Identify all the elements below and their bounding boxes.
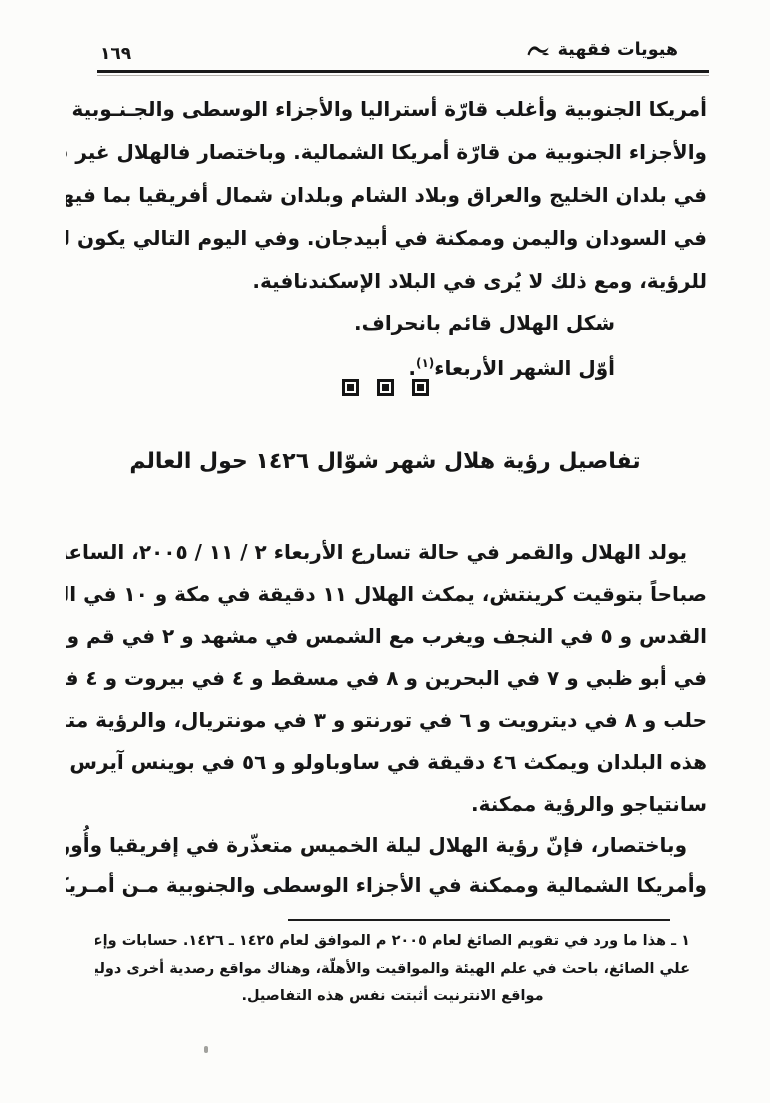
text-line: وأمريكا الشمالية وممكنة في الأجزاء الوسط… <box>66 865 707 905</box>
text-line: هذه البلدان ويمكث ٤٦ دقيقة في ساوباولو و… <box>66 741 707 783</box>
text-line: يولد الهلال والقمر في حالة تسارع الأربعا… <box>66 531 707 573</box>
text-line: في بلدان الخليج والعراق وبلاد الشام وبلد… <box>66 174 707 217</box>
footnote-line: ١ ـ هذا ما ورد في تقويم الصائغ لعام ٢٠٠٥… <box>95 928 690 956</box>
square-ornament-icon <box>377 379 394 396</box>
square-ornament-icon <box>412 379 429 396</box>
section-divider <box>0 379 770 396</box>
section-heading: تفاصيل رؤية هلال شهر شوّال ١٤٢٦ حول العا… <box>0 449 770 474</box>
header-ornament-icon <box>526 43 550 57</box>
text-line: صباحاً بتوقيت كرينتش، يمكث الهلال ١١ دقي… <box>66 573 707 615</box>
book-title: هيويات فقهية <box>558 40 678 60</box>
text-line: في أبو ظبي و ٧ في البحرين و ٨ في مسقط و … <box>66 657 707 699</box>
text-line: في السودان واليمن وممكنة في أبيدجان. وفي… <box>66 217 707 260</box>
header-rule-main <box>97 70 709 73</box>
header-rule-echo <box>97 75 709 76</box>
text-line: حلب و ٨ في ديترويت و ٦ في تورنتو و ٣ في … <box>66 699 707 741</box>
footnote-line: مواقع الانترنيت أثبتت نفس هذه التفاصيل. <box>95 983 690 1011</box>
footnote-separator <box>288 919 670 921</box>
scan-artifact <box>204 1046 208 1053</box>
text-line: وباختصار، فإنّ رؤية الهلال ليلة الخميس م… <box>66 825 707 865</box>
sentence-period: . <box>408 356 416 380</box>
square-ornament-icon <box>342 379 359 396</box>
footnote-line: علي الصائغ، باحث في علم الهيئة والمواقيت… <box>95 956 690 984</box>
body-text-top: أمريكا الجنوبية وأغلب قارّة أستراليا وال… <box>66 88 707 383</box>
footnote-block: ١ ـ هذا ما ورد في تقويم الصائغ لعام ٢٠٠٥… <box>95 928 690 1011</box>
text-line: للرؤية، ومع ذلك لا يُرى في البلاد الإسكن… <box>66 260 707 303</box>
header-rule <box>97 70 709 76</box>
book-page: ١٦٩ هيويات فقهية أمريكا الجنوبية وأغلب ق… <box>0 0 770 1103</box>
text-line: أمريكا الجنوبية وأغلب قارّة أستراليا وال… <box>66 88 707 131</box>
crescent-shape-line: شكل الهلال قائم بانحراف. <box>66 303 707 343</box>
first-day-line: أوّل الشهر الأربعاء(١). <box>66 343 707 383</box>
first-day-text: أوّل الشهر الأربعاء <box>434 356 615 380</box>
footnote-reference: (١) <box>416 356 434 370</box>
body-text-main: يولد الهلال والقمر في حالة تسارع الأربعا… <box>66 531 707 905</box>
running-header: هيويات فقهية <box>526 40 678 60</box>
page-number: ١٦٩ <box>100 44 131 64</box>
text-line: والأجزاء الجنوبية من قارّة أمريكا الشمال… <box>66 131 707 174</box>
text-line: القدس و ٥ في النجف ويغرب مع الشمس في مشه… <box>66 615 707 657</box>
text-line: سانتياجو والرؤية ممكنة. <box>66 783 707 825</box>
